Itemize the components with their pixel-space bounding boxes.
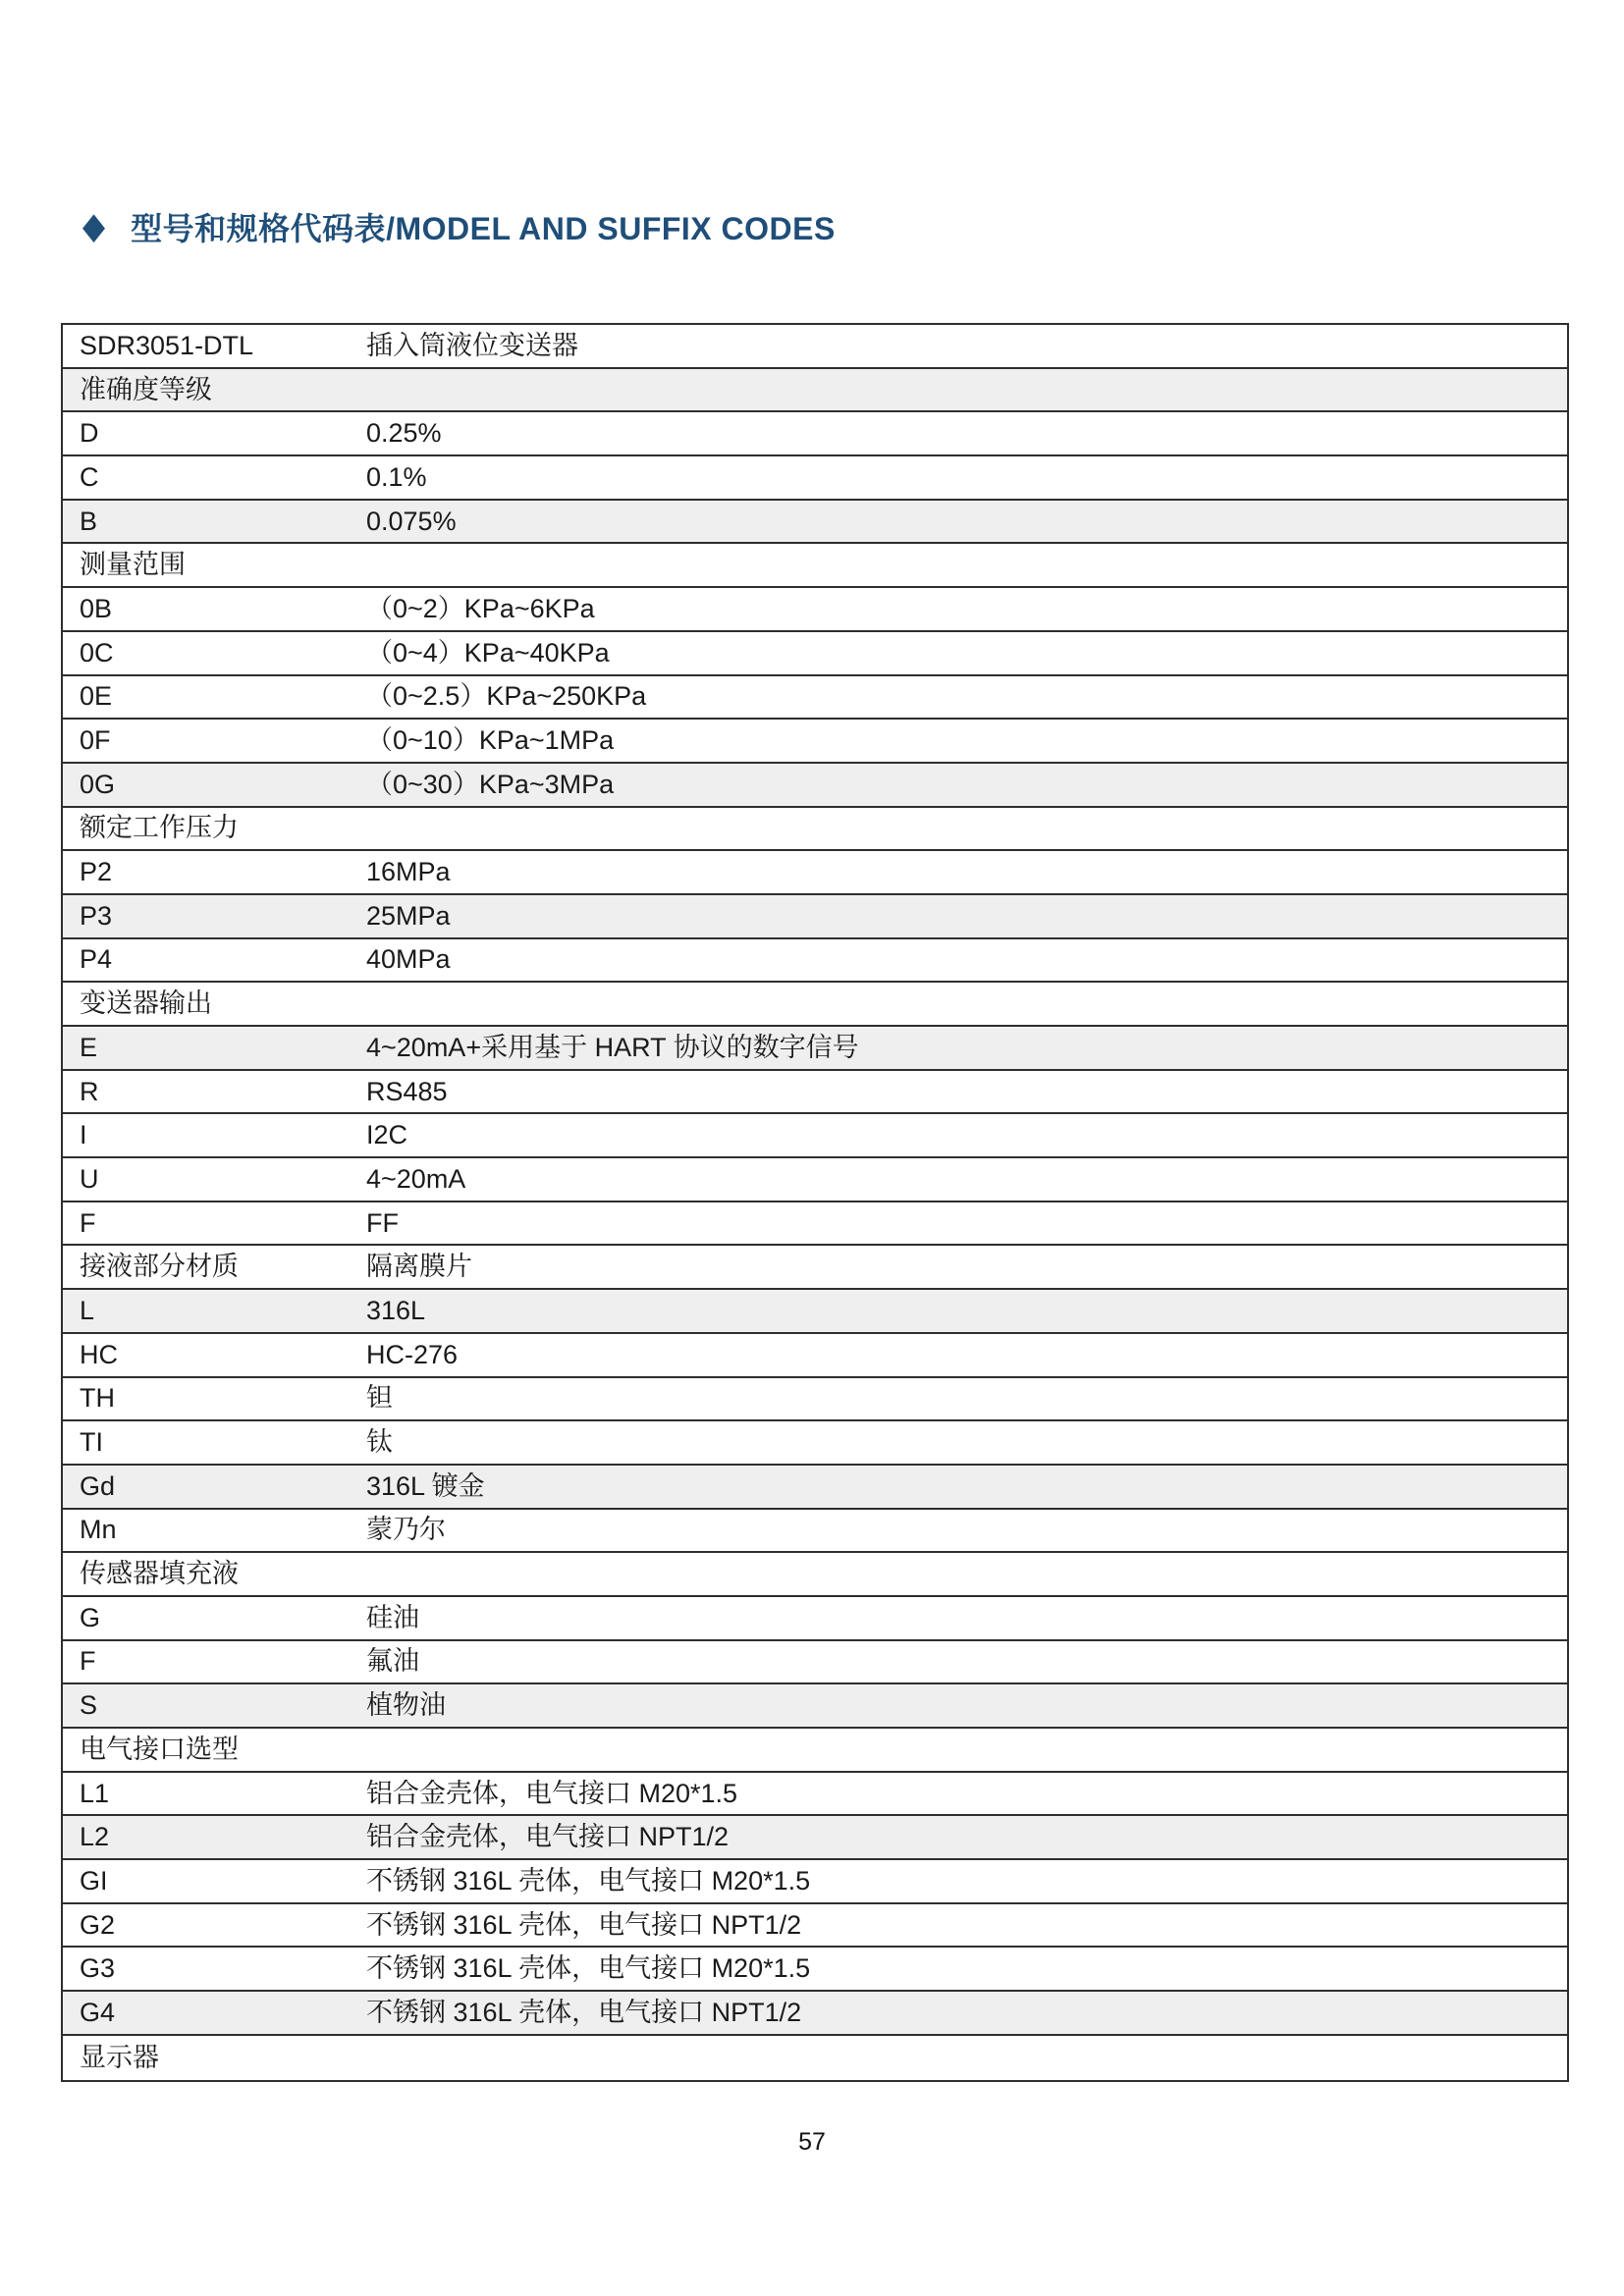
code-cell: U xyxy=(63,1166,366,1193)
code-cell: F xyxy=(63,1210,366,1237)
code-row: U4~20mA xyxy=(63,1158,1567,1202)
code-row: P325MPa xyxy=(63,895,1567,939)
description-cell: 植物油 xyxy=(366,1692,1567,1719)
description-cell: 不锈钢 316L 壳体，电气接口 M20*1.5 xyxy=(366,1955,1567,1982)
code-row: G硅油 xyxy=(63,1597,1567,1641)
description-cell: 4~20mA xyxy=(366,1166,1567,1193)
code-row: Gd316L 镀金 xyxy=(63,1466,1567,1510)
section-label-cell: 显示器 xyxy=(63,2045,366,2071)
code-row: G3不锈钢 316L 壳体，电气接口 M20*1.5 xyxy=(63,1948,1567,1992)
code-row: RRS485 xyxy=(63,1071,1567,1115)
description-cell: 40MPa xyxy=(366,946,1567,973)
description-cell: （0~2）KPa~6KPa xyxy=(366,596,1567,622)
code-row: 0F（0~10）KPa~1MPa xyxy=(63,720,1567,764)
section-header-row: 接液部分材质隔离膜片 xyxy=(63,1246,1567,1290)
code-cell: 0E xyxy=(63,683,366,710)
code-cell: I xyxy=(63,1122,366,1148)
diamond-bullet-icon: ◆ xyxy=(82,208,105,245)
description-cell: 25MPa xyxy=(366,903,1567,930)
description-cell: （0~30）KPa~3MPa xyxy=(366,772,1567,798)
code-cell: F xyxy=(63,1648,366,1675)
code-row: 0C（0~4）KPa~40KPa xyxy=(63,632,1567,676)
description-cell: RS485 xyxy=(366,1079,1567,1105)
section-header-row: 额定工作压力 xyxy=(63,808,1567,852)
code-cell: HC xyxy=(63,1342,366,1368)
code-cell: G2 xyxy=(63,1912,366,1939)
description-cell: 不锈钢 316L 壳体，电气接口 NPT1/2 xyxy=(366,2000,1567,2026)
description-cell: 蒙乃尔 xyxy=(366,1517,1567,1543)
code-cell: 0G xyxy=(63,772,366,798)
description-cell: （0~10）KPa~1MPa xyxy=(366,727,1567,754)
code-row: D0.25% xyxy=(63,412,1567,456)
code-cell: 0B xyxy=(63,596,366,622)
description-cell: （0~2.5）KPa~250KPa xyxy=(366,683,1567,710)
code-cell: R xyxy=(63,1079,366,1105)
code-row: E4~20mA+采用基于 HART 协议的数字信号 xyxy=(63,1027,1567,1071)
section-header-row: 变送器输出 xyxy=(63,983,1567,1027)
code-cell: E xyxy=(63,1035,366,1061)
code-cell: C xyxy=(63,464,366,491)
code-cell: G xyxy=(63,1605,366,1631)
description-cell: （0~4）KPa~40KPa xyxy=(366,640,1567,667)
code-cell: P2 xyxy=(63,859,366,885)
code-row: P440MPa xyxy=(63,939,1567,984)
code-row: L2铝合金壳体，电气接口 NPT1/2 xyxy=(63,1816,1567,1860)
code-cell: 0F xyxy=(63,727,366,754)
description-cell: HC-276 xyxy=(366,1342,1567,1368)
code-row: 0G（0~30）KPa~3MPa xyxy=(63,764,1567,808)
description-cell: 不锈钢 316L 壳体，电气接口 M20*1.5 xyxy=(366,1868,1567,1895)
section-header-row: 测量范围 xyxy=(63,544,1567,588)
code-row: 0E（0~2.5）KPa~250KPa xyxy=(63,676,1567,721)
code-row: TI钛 xyxy=(63,1421,1567,1466)
code-row: HCHC-276 xyxy=(63,1334,1567,1378)
code-row: S植物油 xyxy=(63,1684,1567,1729)
description-cell: 铝合金壳体，电气接口 M20*1.5 xyxy=(366,1781,1567,1807)
code-row: II2C xyxy=(63,1114,1567,1158)
code-row: TH钽 xyxy=(63,1378,1567,1422)
description-cell: 氟油 xyxy=(366,1648,1567,1675)
code-cell: L2 xyxy=(63,1824,366,1850)
code-row: C0.1% xyxy=(63,456,1567,501)
code-cell: TI xyxy=(63,1429,366,1456)
section-label-cell: 测量范围 xyxy=(63,552,366,578)
description-cell: 316L 镀金 xyxy=(366,1473,1567,1500)
section-title: ◆ 型号和规格代码表/MODEL AND SUFFIX CODES xyxy=(82,204,836,249)
description-cell: 铝合金壳体，电气接口 NPT1/2 xyxy=(366,1824,1567,1850)
description-cell: 316L xyxy=(366,1298,1567,1324)
code-row: G2不锈钢 316L 壳体，电气接口 NPT1/2 xyxy=(63,1904,1567,1949)
description-cell: 钽 xyxy=(366,1385,1567,1412)
description-cell: 0.1% xyxy=(366,464,1567,491)
section-header-row: 显示器 xyxy=(63,2036,1567,2080)
code-cell: L1 xyxy=(63,1781,366,1807)
code-cell: 0C xyxy=(63,640,366,667)
description-cell: 4~20mA+采用基于 HART 协议的数字信号 xyxy=(366,1035,1567,1061)
section-label-cell: 电气接口选型 xyxy=(63,1736,366,1763)
code-row: F氟油 xyxy=(63,1641,1567,1685)
section-label-cell: 传感器填充液 xyxy=(63,1561,366,1587)
section-header-row: 电气接口选型 xyxy=(63,1729,1567,1773)
code-cell: D xyxy=(63,420,366,447)
section-label-cell: 准确度等级 xyxy=(63,377,366,403)
code-row: L316L xyxy=(63,1290,1567,1334)
code-row: 0B（0~2）KPa~6KPa xyxy=(63,588,1567,632)
code-row: G4不锈钢 316L 壳体，电气接口 NPT1/2 xyxy=(63,1992,1567,2036)
code-cell: G4 xyxy=(63,2000,366,2026)
code-cell: G3 xyxy=(63,1955,366,1982)
code-row: P216MPa xyxy=(63,851,1567,895)
code-row: B0.075% xyxy=(63,501,1567,545)
code-row: FFF xyxy=(63,1202,1567,1247)
code-cell: P4 xyxy=(63,946,366,973)
code-cell: Mn xyxy=(63,1517,366,1543)
description-cell: 16MPa xyxy=(366,859,1567,885)
section-label-cell: 接液部分材质 xyxy=(63,1254,366,1280)
description-cell: 隔离膜片 xyxy=(366,1254,1567,1280)
description-cell: 不锈钢 316L 壳体，电气接口 NPT1/2 xyxy=(366,1912,1567,1939)
code-cell: S xyxy=(63,1692,366,1719)
section-header-row: 传感器填充液 xyxy=(63,1553,1567,1597)
code-row: L1铝合金壳体，电气接口 M20*1.5 xyxy=(63,1773,1567,1817)
code-row: Mn蒙乃尔 xyxy=(63,1510,1567,1554)
description-cell: 钛 xyxy=(366,1429,1567,1456)
model-suffix-codes-table: SDR3051-DTL插入筒液位变送器准确度等级D0.25%C0.1%B0.07… xyxy=(61,323,1569,2082)
code-cell: GI xyxy=(63,1868,366,1895)
code-row: SDR3051-DTL插入筒液位变送器 xyxy=(63,325,1567,369)
code-cell: TH xyxy=(63,1385,366,1412)
code-cell: SDR3051-DTL xyxy=(63,333,366,359)
description-cell: 硅油 xyxy=(366,1605,1567,1631)
description-cell: 0.075% xyxy=(366,508,1567,535)
section-label-cell: 额定工作压力 xyxy=(63,815,366,841)
page-title: 型号和规格代码表/MODEL AND SUFFIX CODES xyxy=(131,204,836,249)
section-label-cell: 变送器输出 xyxy=(63,990,366,1017)
section-header-row: 准确度等级 xyxy=(63,369,1567,413)
page-number: 57 xyxy=(0,2128,1624,2157)
description-cell: 插入筒液位变送器 xyxy=(366,333,1567,359)
description-cell: FF xyxy=(366,1210,1567,1237)
code-cell: B xyxy=(63,508,366,535)
description-cell: I2C xyxy=(366,1122,1567,1148)
code-cell: L xyxy=(63,1298,366,1324)
code-cell: P3 xyxy=(63,903,366,930)
code-row: GI不锈钢 316L 壳体，电气接口 M20*1.5 xyxy=(63,1860,1567,1904)
description-cell: 0.25% xyxy=(366,420,1567,447)
code-cell: Gd xyxy=(63,1473,366,1500)
